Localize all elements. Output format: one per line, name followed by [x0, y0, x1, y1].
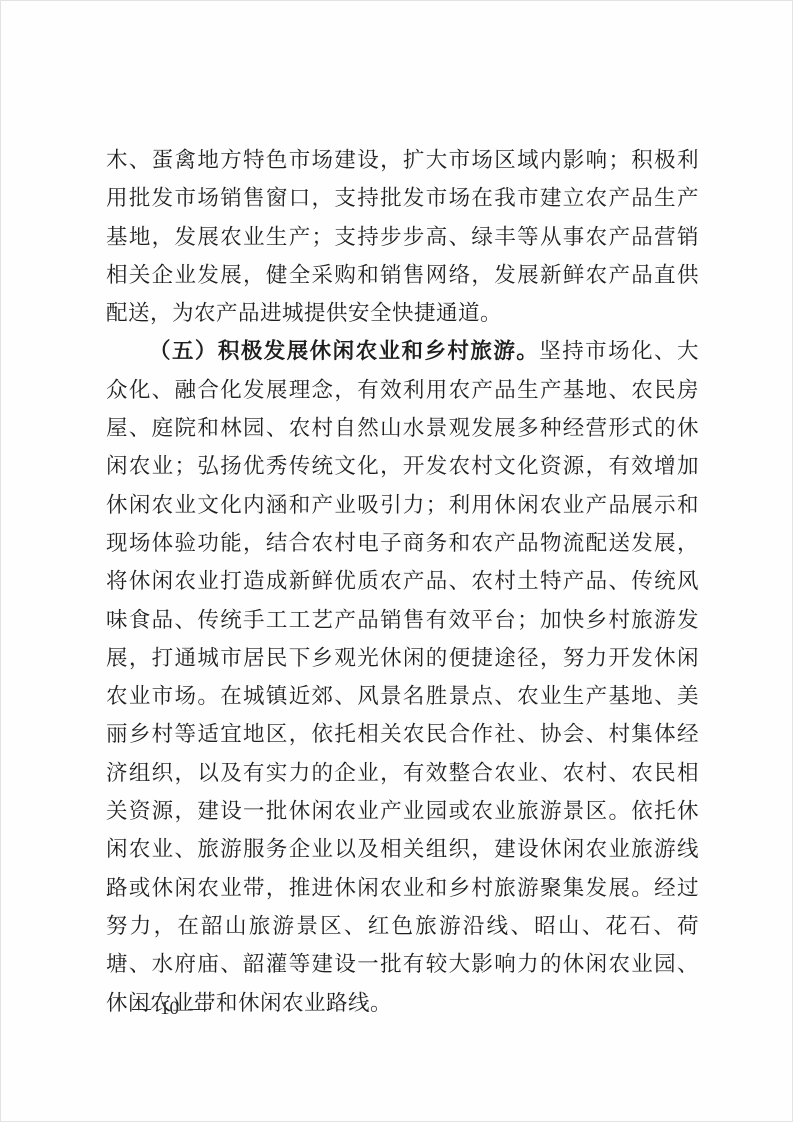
footer-dash-right: —: [188, 996, 207, 1022]
section-heading: （五）积极发展休闲农业和乡村旅游。: [149, 339, 539, 363]
paragraph-text: 坚持市场化、大众化、融合化发展理念，有效利用农产品生产基地、农民房屋、庭院和林园…: [106, 339, 699, 1014]
page-footer: — 10 —: [132, 996, 207, 1022]
paragraph-section-5: （五）积极发展休闲农业和乡村旅游。坚持市场化、大众化、融合化发展理念，有效利用农…: [106, 332, 699, 1021]
paragraph-continuation: 木、蛋禽地方特色市场建设，扩大市场区域内影响；积极利用批发市场销售窗口，支持批发…: [106, 141, 699, 332]
page-number: 10: [160, 996, 179, 1022]
document-body: 木、蛋禽地方特色市场建设，扩大市场区域内影响；积极利用批发市场销售窗口，支持批发…: [106, 141, 699, 1022]
paragraph-text: 木、蛋禽地方特色市场建设，扩大市场区域内影响；积极利用批发市场销售窗口，支持批发…: [106, 148, 699, 325]
document-page: 木、蛋禽地方特色市场建设，扩大市场区域内影响；积极利用批发市场销售窗口，支持批发…: [0, 0, 793, 1122]
footer-dash-left: —: [132, 996, 151, 1022]
